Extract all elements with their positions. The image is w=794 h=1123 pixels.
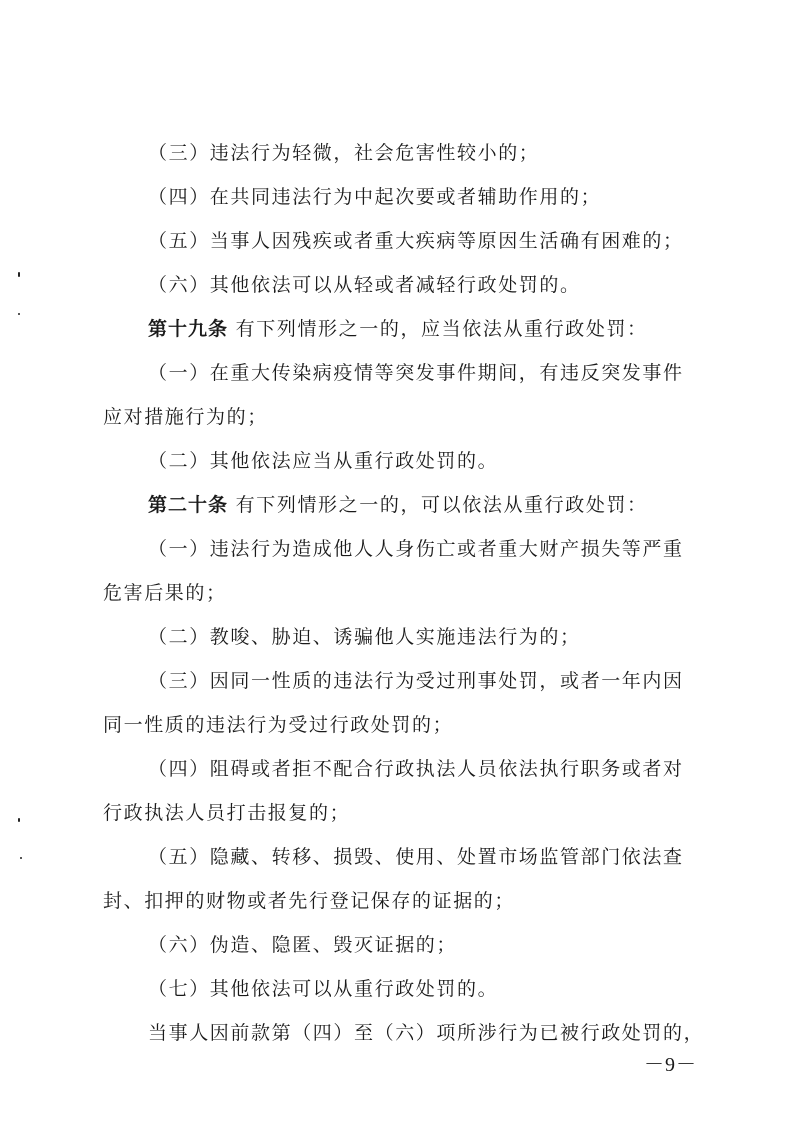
line-text: （六）其他依法可以从轻或者减轻行政处罚的。 [148,274,581,296]
margin-speck [18,313,20,315]
line-text: 同一性质的违法行为受过行政处罚的； [103,714,453,736]
line-text: （四）阻碍或者拒不配合行政执法人员依法执行职务或者对 [148,758,684,780]
text-line: （一）在重大传染病疫情等突发事件期间，有违反突发事件 [148,361,748,385]
text-line: （三）违法行为轻微，社会危害性较小的； [148,141,748,165]
line-text: （二）教唆、胁迫、诱骗他人实施违法行为的； [148,626,581,648]
text-line: 危害后果的； [103,581,703,605]
line-text: （五）隐藏、转移、损毁、使用、处置市场监管部门依法查 [148,846,684,868]
line-text: 应对措施行为的； [103,406,268,428]
text-line: （五）隐藏、转移、损毁、使用、处置市场监管部门依法查 [148,845,748,869]
line-text: （三）因同一性质的违法行为受过刑事处罚，或者一年内因 [148,670,684,692]
line-text: （六）伪造、隐匿、毁灭证据的； [148,934,457,956]
line-text: （七）其他依法可以从重行政处罚的。 [148,978,498,1000]
line-text: （一）在重大传染病疫情等突发事件期间，有违反突发事件 [148,362,684,384]
text-line: 同一性质的违法行为受过行政处罚的； [103,713,703,737]
line-text: 有下列情形之一的，可以依法从重行政处罚： [228,494,648,516]
article-heading: 第十九条 [148,318,228,340]
line-text: （二）其他依法应当从重行政处罚的。 [148,450,498,472]
article-heading: 第二十条 [148,494,228,516]
text-line: （四）在共同违法行为中起次要或者辅助作用的； [148,185,748,209]
text-line: 当事人因前款第（四）至（六）项所涉行为已被行政处罚的， [148,1021,748,1045]
line-text: （五）当事人因残疾或者重大疾病等原因生活确有困难的； [148,230,684,252]
margin-speck [18,818,20,822]
text-line: （六）其他依法可以从轻或者减轻行政处罚的。 [148,273,748,297]
text-line: （二）教唆、胁迫、诱骗他人实施违法行为的； [148,625,748,649]
line-text: 危害后果的； [103,582,227,604]
document-page: －9－ （三）违法行为轻微，社会危害性较小的；（四）在共同违法行为中起次要或者辅… [0,0,794,1123]
text-line: （七）其他依法可以从重行政处罚的。 [148,977,748,1001]
margin-speck [18,272,20,277]
article-paragraph: 第二十条 有下列情形之一的，可以依法从重行政处罚： [148,493,748,517]
line-text: （四）在共同违法行为中起次要或者辅助作用的； [148,186,601,208]
text-line: （一）违法行为造成他人人身伤亡或者重大财产损失等严重 [148,537,748,561]
line-text: 封、扣押的财物或者先行登记保存的证据的； [103,890,515,912]
text-line: （五）当事人因残疾或者重大疾病等原因生活确有困难的； [148,229,748,253]
article-paragraph: 第十九条 有下列情形之一的，应当依法从重行政处罚： [148,317,748,341]
text-line: （三）因同一性质的违法行为受过刑事处罚，或者一年内因 [148,669,748,693]
margin-speck [20,857,22,859]
line-text: （三）违法行为轻微，社会危害性较小的； [148,142,539,164]
text-line: 应对措施行为的； [103,405,703,429]
text-line: 封、扣押的财物或者先行登记保存的证据的； [103,889,703,913]
line-text: （一）违法行为造成他人人身伤亡或者重大财产损失等严重 [148,538,684,560]
text-line: （四）阻碍或者拒不配合行政执法人员依法执行职务或者对 [148,757,748,781]
line-text: 有下列情形之一的，应当依法从重行政处罚： [228,318,648,340]
text-line: 行政执法人员打击报复的； [103,801,703,825]
text-line: （二）其他依法应当从重行政处罚的。 [148,449,748,473]
line-text: 行政执法人员打击报复的； [103,802,350,824]
line-text: 当事人因前款第（四）至（六）项所涉行为已被行政处罚的， [148,1022,704,1044]
page-number: －9－ [644,1048,697,1077]
text-line: （六）伪造、隐匿、毁灭证据的； [148,933,748,957]
